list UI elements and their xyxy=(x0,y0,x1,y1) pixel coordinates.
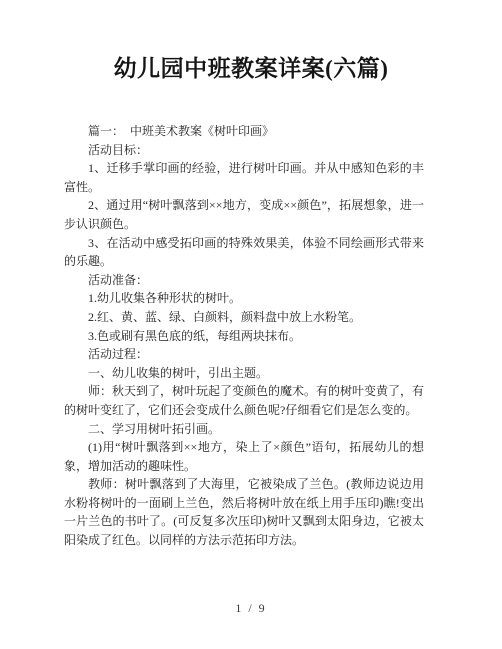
paragraph: 活动过程： xyxy=(64,345,424,364)
paragraph: 师：秋天到了，树叶玩起了变颜色的魔术。有的树叶变黄了，有的树叶变红了，它们还会变… xyxy=(64,382,424,419)
paragraph: 1、迁移手掌印画的经验，进行树叶印画。并从中感知色彩的丰富性。 xyxy=(64,159,424,196)
paragraph: 篇一： 中班美术教案《树叶印画》 xyxy=(64,122,424,141)
paragraph: 教师：树叶飘落到了大海里，它被染成了兰色。(教师边说边用水粉将树叶的一面刷上兰色… xyxy=(64,475,424,549)
paragraph: 3.色或刷有黑色底的纸，每组两块抹布。 xyxy=(64,327,424,346)
paragraph: 一、幼儿收集的树叶，引出主题。 xyxy=(64,364,424,383)
paragraph: 3、在活动中感受拓印画的特殊效果美，体验不同绘画形式带来的乐趣。 xyxy=(64,234,424,271)
page-number-indicator: 1 / 9 xyxy=(0,601,502,616)
paragraph: 活动准备： xyxy=(64,271,424,290)
document-title: 幼儿园中班教案详案(六篇) xyxy=(0,52,502,86)
document-page: 幼儿园中班教案详案(六篇) 篇一： 中班美术教案《树叶印画》活动目标：1、迁移手… xyxy=(0,0,502,649)
paragraph: 1.幼儿收集各种形状的树叶。 xyxy=(64,289,424,308)
paragraph: (1)用“树叶飘落到××地方，染上了×颜色”语句，拓展幼儿的想象，增加活动的趣味… xyxy=(64,438,424,475)
paragraph: 2.红、黄、蓝、绿、白颜料，颜料盘中放上水粉笔。 xyxy=(64,308,424,327)
document-body: 篇一： 中班美术教案《树叶印画》活动目标：1、迁移手掌印画的经验，进行树叶印画。… xyxy=(64,122,424,550)
paragraph: 2、通过用“树叶飘落到××地方，变成××颜色”，拓展想象，进一步认识颜色。 xyxy=(64,196,424,233)
paragraph: 活动目标： xyxy=(64,141,424,160)
paragraph: 二、学习用树叶拓引画。 xyxy=(64,420,424,439)
